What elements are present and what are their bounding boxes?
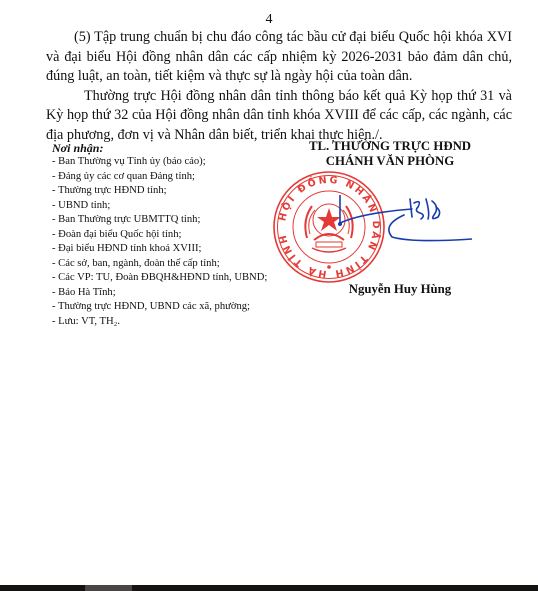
paragraph-5: (5) Tập trung chuẩn bị chu đáo công tác … [46, 28, 512, 87]
recipient-item: - Báo Hà Tĩnh; [52, 286, 282, 301]
recipient-item: - Đảng ủy các cơ quan Đảng tỉnh; [52, 170, 282, 185]
recipients-heading: Nơi nhận: [52, 141, 282, 155]
signature-title-block: TL. THƯỜNG TRỰC HĐND CHÁNH VĂN PHÒNG [290, 139, 490, 168]
signer-name: Nguyễn Huy Hùng [330, 282, 470, 297]
handwritten-signature [322, 195, 472, 265]
signature-title-line1: TL. THƯỜNG TRỰC HĐND [290, 139, 490, 154]
recipient-item: - Thường trực HĐND tỉnh; [52, 184, 282, 199]
document-body: (5) Tập trung chuẩn bị chu đáo công tác … [46, 28, 512, 145]
signature-title-line2: CHÁNH VĂN PHÒNG [290, 154, 490, 169]
recipients-list: Nơi nhận: - Ban Thường vụ Tỉnh ủy (báo c… [52, 141, 282, 329]
recipient-item: - UBND tỉnh; [52, 199, 282, 214]
page-number: 4 [0, 12, 538, 28]
recipient-item: - Ban Thường vụ Tỉnh ủy (báo cáo); [52, 155, 282, 170]
recipient-item: - Đại biểu HĐND tỉnh khoá XVIII; [52, 242, 282, 257]
paragraph-closing: Thường trực Hội đồng nhân dân tỉnh thông… [46, 87, 512, 146]
taskbar [0, 585, 538, 591]
recipient-item: - Đoàn đại biểu Quốc hội tỉnh; [52, 228, 282, 243]
recipient-item: - Lưu: VT, TH₂. [52, 315, 282, 330]
recipient-item: - Các VP: TU, Đoàn ĐBQH&HĐND tỉnh, UBND; [52, 271, 282, 286]
recipient-item: - Ban Thường trực UBMTTQ tỉnh; [52, 213, 282, 228]
recipient-item: - Các sở, ban, ngành, đoàn thể cấp tỉnh; [52, 257, 282, 272]
recipient-item: - Thường trực HĐND, UBND các xã, phường; [52, 300, 282, 315]
taskbar-active-item[interactable] [85, 585, 132, 591]
